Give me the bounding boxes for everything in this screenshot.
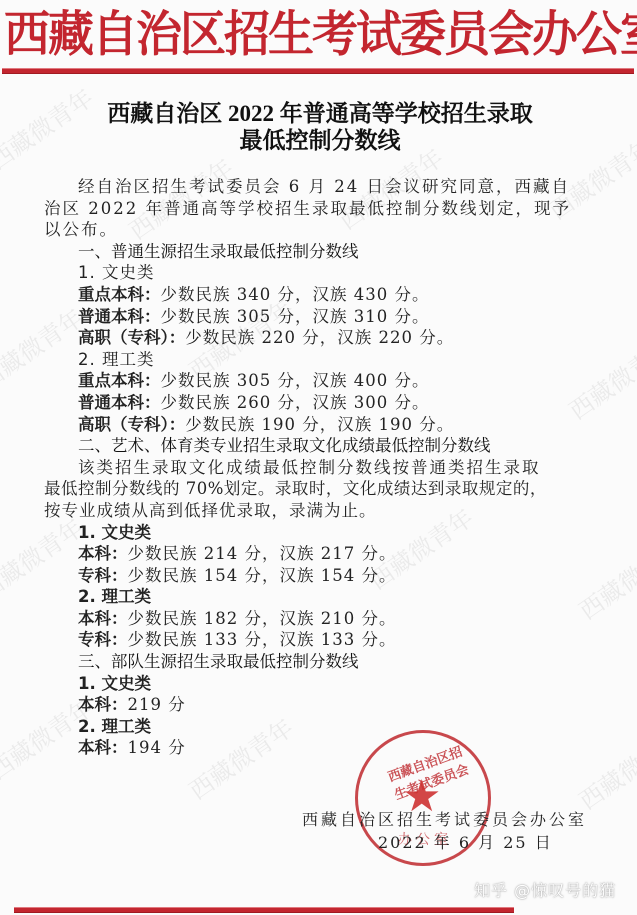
section-heading-1: 一、普通生源招生录取最低控制分数线	[44, 241, 604, 263]
level-label: 专科：	[78, 566, 128, 585]
document-title: 西藏自治区 2022 年普通高等学校招生录取 最低控制分数线	[60, 100, 580, 154]
level-label: 普通本科：	[78, 393, 161, 412]
score-row: 重点本科：少数民族 305 分，汉族 400 分。	[44, 370, 604, 392]
level-label: 专科：	[78, 630, 128, 649]
section-heading-2: 二、艺术、体育类专业招生录取文化成绩最低控制分数线	[44, 435, 604, 457]
level-label: 本科：	[78, 609, 128, 628]
score-text: 少数民族 340 分，汉族 430 分。	[161, 285, 430, 304]
letterhead-organization: 西藏自治区招生考试委员会办公室	[4, 2, 634, 65]
section-heading-3: 三、部队生源招生录取最低控制分数线	[44, 651, 604, 673]
level-label: 重点本科：	[78, 285, 161, 304]
score-text: 少数民族 182 分，汉族 210 分。	[128, 609, 397, 628]
intro-paragraph: 经自治区招生考试委员会 6 月 24 日会议研究同意，西藏自	[44, 176, 604, 198]
score-text: 少数民族 260 分，汉族 300 分。	[161, 393, 430, 412]
score-row: 重点本科：少数民族 340 分，汉族 430 分。	[44, 284, 604, 306]
score-row: 本科：194 分	[44, 737, 604, 759]
level-label: 本科：	[78, 695, 128, 714]
section-2-paragraph: 该类招生录取文化成绩最低控制分数线按普通类招生录取	[44, 457, 604, 479]
signature: 西藏自治区招生考试委员会办公室	[302, 807, 587, 830]
document-body: 经自治区招生考试委员会 6 月 24 日会议研究同意，西藏自 治区 2022 年…	[44, 176, 604, 759]
level-label: 重点本科：	[78, 371, 161, 390]
intro-line-1: 经自治区招生考试委员会 6 月 24 日会议研究同意，西藏自	[78, 177, 570, 196]
score-text: 少数民族 133 分，汉族 133 分。	[128, 630, 397, 649]
level-label: 本科：	[78, 738, 128, 757]
score-row: 本科：少数民族 214 分，汉族 217 分。	[44, 543, 604, 565]
document-title-line-1: 西藏自治区 2022 年普通高等学校招生录取	[60, 100, 580, 127]
score-row: 高职（专科）：少数民族 190 分，汉族 190 分。	[44, 414, 604, 436]
score-text: 少数民族 190 分，汉族 190 分。	[185, 415, 454, 434]
footer-rule	[14, 907, 514, 913]
signature-date: 2022 年 6 月 25 日	[378, 830, 553, 853]
score-row: 普通本科：少数民族 260 分，汉族 300 分。	[44, 392, 604, 414]
score-text: 少数民族 154 分，汉族 154 分。	[128, 566, 397, 585]
category-label: 2. 理工类	[44, 349, 604, 371]
score-row: 本科：少数民族 182 分，汉族 210 分。	[44, 608, 604, 630]
section-2-paragraph-line: 按专业成绩从高到低择优录取，录满为止。	[44, 500, 604, 522]
intro-paragraph-line: 治区 2022 年普通高等学校招生录取最低控制分数线划定，现予	[44, 198, 604, 220]
source-credit: 知乎 @惊叹号的猫	[474, 878, 616, 901]
score-row: 高职（专科）：少数民族 220 分，汉族 220 分。	[44, 327, 604, 349]
level-label: 高职（专科）：	[78, 415, 185, 434]
level-label: 普通本科：	[78, 307, 161, 326]
score-row: 专科：少数民族 154 分，汉族 154 分。	[44, 565, 604, 587]
score-row: 本科：219 分	[44, 694, 604, 716]
category-label: 1. 文史类	[44, 673, 604, 695]
category-label: 2. 理工类	[44, 586, 604, 608]
category-label: 1. 文史类	[44, 522, 604, 544]
document-page: 西藏微青年 西藏微青年 西藏微青年 西藏微青年 西藏微青年 西藏微青年 西藏微青…	[0, 0, 637, 915]
score-text: 少数民族 220 分，汉族 220 分。	[185, 328, 454, 347]
section-2-line-1: 该类招生录取文化成绩最低控制分数线按普通类招生录取	[78, 458, 541, 477]
document-title-line-2: 最低控制分数线	[60, 127, 580, 154]
level-label: 高职（专科）：	[78, 328, 185, 347]
score-text: 少数民族 305 分，汉族 400 分。	[161, 371, 430, 390]
score-row: 专科：少数民族 133 分，汉族 133 分。	[44, 629, 604, 651]
letterhead-rule	[2, 68, 634, 74]
score-row: 普通本科：少数民族 305 分，汉族 310 分。	[44, 306, 604, 328]
score-text: 194 分	[128, 738, 186, 757]
intro-paragraph-line: 以公布。	[44, 219, 604, 241]
section-2-paragraph-line: 最低控制分数线的 70%划定。录取时，文化成绩达到录取规定的，	[44, 478, 604, 500]
score-text: 少数民族 305 分，汉族 310 分。	[161, 307, 430, 326]
score-text: 219 分	[128, 695, 186, 714]
category-label: 2. 理工类	[44, 716, 604, 738]
category-label: 1. 文史类	[44, 262, 604, 284]
level-label: 本科：	[78, 544, 128, 563]
score-text: 少数民族 214 分，汉族 217 分。	[128, 544, 397, 563]
